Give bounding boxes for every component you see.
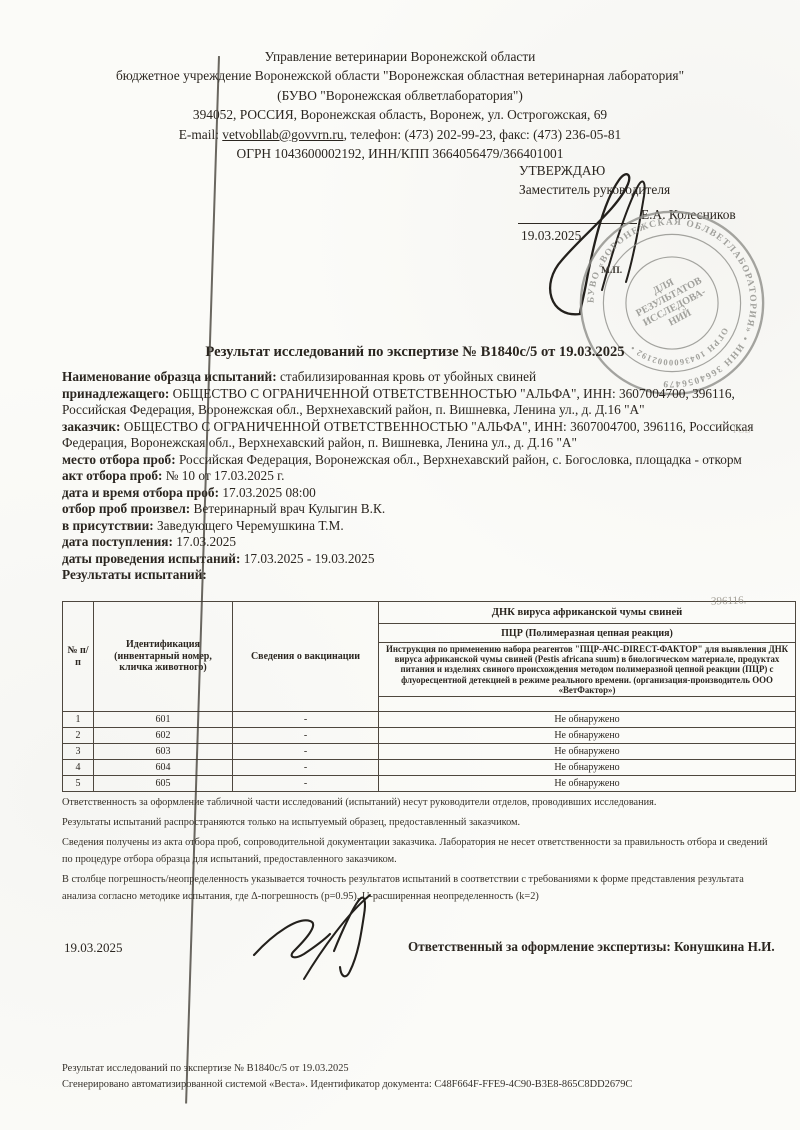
info-line-label: даты проведения испытаний: <box>62 551 240 566</box>
table-row: 2 602 - Не обнаружено <box>63 728 796 744</box>
table-row: 1 601 - Не обнаружено <box>63 712 796 728</box>
info-line-label: дата и время отбора проб: <box>62 485 219 500</box>
info-line: отбор проб произвел: Ветеринарный врач К… <box>62 501 770 518</box>
info-line-label: заказчик: <box>62 419 120 434</box>
email-link: vetvobllab@govvrn.ru <box>222 127 343 142</box>
info-line: акт отбора проб: № 10 от 17.03.2025 г. <box>62 468 770 485</box>
sample-info-block: Наименование образца испытаний: стабилиз… <box>62 369 770 584</box>
info-line-label: отбор проб произвел: <box>62 501 190 516</box>
letterhead: Управление ветеринарии Воронежской облас… <box>40 47 760 163</box>
row-number-cell: 3 <box>63 744 94 760</box>
table-row: 4 604 - Не обнаружено <box>63 760 796 776</box>
info-line-value: 17.03.2025 - 19.03.2025 <box>240 551 374 566</box>
col-vaccination-header: Сведения о вакцинации <box>233 602 379 712</box>
info-line-value: № 10 от 17.03.2025 г. <box>162 468 284 483</box>
info-line-label: дата поступления: <box>62 534 173 549</box>
result-cell: Не обнаружено <box>379 776 796 792</box>
test-method-header: ПЦР (Полимеразная цепная реакция) <box>379 624 796 643</box>
info-line: заказчик: ОБЩЕСТВО С ОГРАНИЧЕННОЙ ОТВЕТС… <box>62 419 770 452</box>
subheader-empty-cell <box>379 697 796 712</box>
table-row: 3 603 - Не обнаружено <box>63 744 796 760</box>
footer-expertise-line: Результат исследований по экспертизе № В… <box>62 1061 349 1077</box>
method-description-cell: Инструкция по применению набора реагенто… <box>379 643 796 697</box>
letterhead-department: Управление ветеринарии Воронежской облас… <box>40 47 760 66</box>
info-line-label: Наименование образца испытаний: <box>62 369 277 384</box>
row-number-cell: 4 <box>63 760 94 776</box>
results-table: № п/п Идентификация (инвентарный номер, … <box>62 601 796 792</box>
info-line-value: 17.03.2025 08:00 <box>219 485 316 500</box>
letterhead-address: 394052, РОССИЯ, Воронежская область, Вор… <box>40 105 760 124</box>
col-identification-header: Идентификация (инвентарный номер, кличка… <box>94 602 233 712</box>
identification-cell: 604 <box>94 760 233 776</box>
info-line: дата поступления: 17.03.2025 <box>62 534 770 551</box>
info-line-value: стабилизированная кровь от убойных свине… <box>277 369 536 384</box>
responsible-for-expertise-label: Ответственный за оформление экспертизы: … <box>408 939 775 955</box>
col-number-header: № п/п <box>63 602 94 712</box>
identification-cell: 603 <box>94 744 233 760</box>
info-line-label: принадлежащего: <box>62 386 169 401</box>
table-row: 5 605 - Не обнаружено <box>63 776 796 792</box>
info-line-value: Ветеринарный врач Кулыгин В.К. <box>190 501 385 516</box>
disclaimer-notes: Ответственность за оформление табличной … <box>62 794 774 908</box>
page-title: Результат исследований по экспертизе № В… <box>62 344 768 361</box>
info-line: дата и время отбора проб: 17.03.2025 08:… <box>62 485 770 502</box>
info-line: место отбора проб: Российская Федерация,… <box>62 452 770 469</box>
info-line: Наименование образца испытаний: стабилиз… <box>62 369 770 386</box>
info-line: даты проведения испытаний: 17.03.2025 - … <box>62 551 770 568</box>
scanned-document-page: Управление ветеринарии Воронежской облас… <box>0 0 800 1130</box>
signoff-date: 19.03.2025 <box>64 940 123 956</box>
row-number-cell: 1 <box>63 712 94 728</box>
info-line: принадлежащего: ОБЩЕСТВО С ОГРАНИЧЕННОЙ … <box>62 386 770 419</box>
info-line-label: место отбора проб: <box>62 452 176 467</box>
note-text: Сведения получены из акта отбора проб, с… <box>62 834 774 868</box>
vaccination-cell: - <box>233 744 379 760</box>
vaccination-cell: - <box>233 728 379 744</box>
result-cell: Не обнаружено <box>379 728 796 744</box>
identification-cell: 602 <box>94 728 233 744</box>
ghost-text-artifact: 396116. <box>711 594 747 607</box>
ghost-text-artifact: РОВ <box>733 425 751 435</box>
letterhead-ogrn-inn: ОГРН 1043600002192, ИНН/КПП 3664056479/3… <box>40 144 760 163</box>
letterhead-institution: бюджетное учреждение Воронежской области… <box>40 66 760 85</box>
note-text: В столбце погрешность/неопределенность у… <box>62 871 774 905</box>
result-cell: Не обнаружено <box>379 744 796 760</box>
row-number-cell: 2 <box>63 728 94 744</box>
info-line-value: Российская Федерация, Воронежская обл., … <box>176 452 742 467</box>
info-line: в присутствии: Заведующего Черемушкина Т… <box>62 518 770 535</box>
mp-seal-label: М.П. <box>601 266 622 276</box>
result-cell: Не обнаружено <box>379 760 796 776</box>
result-cell: Не обнаружено <box>379 712 796 728</box>
responsible-signature <box>246 893 406 985</box>
info-line-label: в присутствии: <box>62 518 154 533</box>
identification-cell: 605 <box>94 776 233 792</box>
vaccination-cell: - <box>233 760 379 776</box>
note-text: Результаты испытаний распространяются то… <box>62 814 774 831</box>
results-section-label: Результаты испытаний: <box>62 567 770 584</box>
vaccination-cell: - <box>233 776 379 792</box>
letterhead-contacts: E-mail: vetvobllab@govvrn.ru, телефон: (… <box>40 125 760 144</box>
note-text: Ответственность за оформление табличной … <box>62 794 774 811</box>
phone-fax: , телефон: (473) 202-99-23, факс: (473) … <box>344 127 622 142</box>
row-number-cell: 5 <box>63 776 94 792</box>
info-line-value: ОБЩЕСТВО С ОГРАНИЧЕННОЙ ОТВЕТСТВЕННОСТЬЮ… <box>62 419 754 451</box>
identification-cell: 601 <box>94 712 233 728</box>
info-line-value: Заведующего Черемушкина Т.М. <box>154 518 344 533</box>
info-line-label: акт отбора проб: <box>62 468 162 483</box>
footer-generated-line: Сгенерировано автоматизированной системо… <box>62 1077 632 1093</box>
vaccination-cell: - <box>233 712 379 728</box>
letterhead-short-name: (БУВО "Воронежская облветлаборатория") <box>40 86 760 105</box>
